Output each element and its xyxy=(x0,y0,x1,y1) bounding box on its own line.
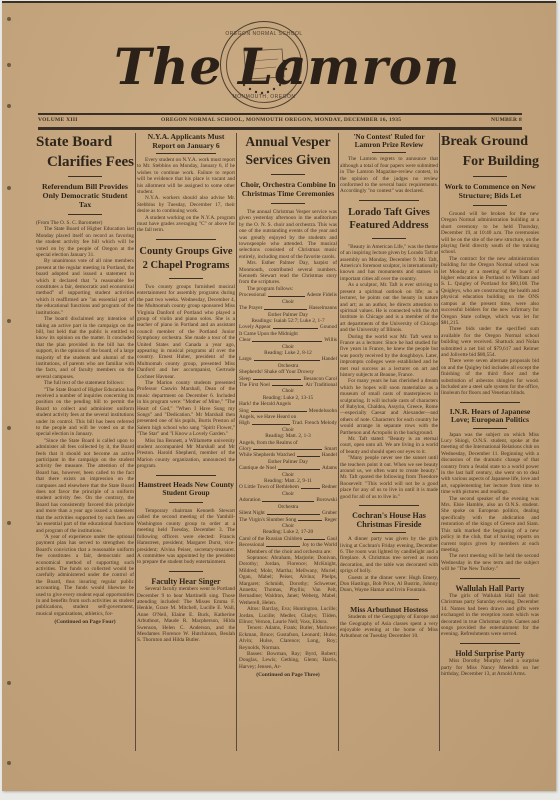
paragraph: Several faculty members went to Portland… xyxy=(137,586,235,644)
headline: Clarifies Fees xyxy=(36,153,134,171)
article-faculty-singer: Faculty Hear Singer Several faculty memb… xyxy=(137,577,235,644)
binding-hole xyxy=(7,761,11,765)
article-body: Japan was the subject on which Miss Lucy… xyxy=(441,432,539,573)
article-body: Temporary chairman Kenneth Stewart calle… xyxy=(137,508,235,566)
divider xyxy=(473,428,507,429)
paragraph: "Beauty in American Life," was the theme… xyxy=(340,244,438,282)
divider xyxy=(473,176,507,177)
divider xyxy=(156,153,216,154)
article-vesper: Annual Vesper Services Given Choir, Orch… xyxy=(239,133,337,678)
paragraph: Basses: Bowman, Ray; Byrd, Robert; Dougl… xyxy=(239,651,337,670)
paragraph: A student working on the N.Y.A. program … xyxy=(137,215,235,234)
divider xyxy=(156,239,216,240)
newspaper-page: OREGON NORMAL SCHOOL MONMOUTH, OREGON Th… xyxy=(2,1,556,791)
paragraph: The State Board of Higher Education last… xyxy=(36,226,134,258)
divider xyxy=(359,599,419,600)
column-rule xyxy=(135,133,136,751)
article-surprise-party: Hold Surprise Party Miss Dorothy Murphy … xyxy=(441,649,539,678)
paragraph: There were seven alternate proposals bid… xyxy=(441,358,539,396)
article-break-ground: Break Ground For Building Work to Commen… xyxy=(441,133,539,397)
paragraph: The annual Christmas Vesper service was … xyxy=(239,209,337,260)
paragraph: "The State Board of Higher Education has… xyxy=(36,387,134,438)
subheadline: Referendum Bill Provides Only Democratic… xyxy=(36,182,134,209)
headline: Cochran's House Has Christmas Fireside xyxy=(340,511,438,529)
article-body: Miss Dorothy Murphy held a surprise part… xyxy=(441,658,539,677)
paragraph: Ground will be broken for the new Oregon… xyxy=(441,211,539,256)
column-rule xyxy=(338,133,339,751)
continued-link[interactable]: (Continued on Page Four) xyxy=(36,619,134,625)
article-body: Students of the Geography of Europe and … xyxy=(340,614,438,640)
headline: County Groups Give 2 Chapel Programs xyxy=(137,245,235,273)
article-wallulah: Wallulah Hall Party The girls of Wallula… xyxy=(441,584,539,638)
program-item: While Shepherds WatchedHandel xyxy=(239,452,337,458)
paragraph: Miss Dorothy Murphy held a surprise part… xyxy=(441,658,539,677)
divider xyxy=(460,578,520,579)
volume-label: VOLUME XIII xyxy=(38,117,78,123)
headline: I.N.R. Hears of Japanese Love; European … xyxy=(441,408,539,425)
divider xyxy=(359,200,419,201)
members-list: Sopranos: Abraham, Marjorie; Donivan, Do… xyxy=(239,555,337,670)
headline: Hold Surprise Party xyxy=(441,649,539,659)
article-body: Several faculty members went to Portland… xyxy=(137,586,235,644)
dateline-text: OREGON NORMAL SCHOOL, MONMOUTH OREGON, M… xyxy=(161,117,401,123)
divider xyxy=(460,402,520,403)
divider xyxy=(359,505,419,506)
paragraph: The full text of the statement follows: xyxy=(36,380,134,386)
paragraph: The Marion county students presented Pro… xyxy=(137,380,235,438)
column-3: Annual Vesper Services Given Choir, Orch… xyxy=(239,133,337,783)
article-body: Ground will be broken for the new Oregon… xyxy=(441,211,539,397)
masthead-title-the: The xyxy=(114,37,222,96)
article-nya: N.Y.A. Applicants Must Report on January… xyxy=(137,133,235,234)
paragraph: Altos: Barclay, Eva; Huntington, Lucille… xyxy=(239,606,337,625)
binding-hole xyxy=(7,426,11,430)
divider xyxy=(68,176,102,177)
headline: State Board xyxy=(36,133,134,151)
article-body: "Beauty in American Life," was the theme… xyxy=(340,244,438,500)
divider xyxy=(68,214,102,215)
article-body: The Lamron regrets to announce that alth… xyxy=(340,156,438,194)
masthead: OREGON NORMAL SCHOOL MONMOUTH, OREGON Th… xyxy=(2,11,556,103)
column-2: N.Y.A. Applicants Must Report on January… xyxy=(137,133,235,783)
article-state-board: State Board Clarifies Fees Referendum Bi… xyxy=(36,133,134,625)
dateline-top-rule xyxy=(38,113,522,115)
article-body: The annual Christmas Vesper service was … xyxy=(239,209,337,292)
paragraph: "Since the State Board is called upon to… xyxy=(36,438,134,534)
divider xyxy=(372,152,406,153)
divider xyxy=(473,205,507,206)
dateline-bottom-rule xyxy=(38,127,522,130)
article-cochran: Cochran's House Has Christmas Fireside A… xyxy=(340,511,438,594)
article-hamstreet: Hamstreet Heads New County Student Group… xyxy=(137,481,235,566)
continued-link[interactable]: (Continued on Page Three) xyxy=(239,672,337,678)
headline: Hamstreet Heads New County Student Group xyxy=(137,481,235,497)
headline: 'No Contest' Ruled for Lamron Prize Revi… xyxy=(340,133,438,149)
column-1: State Board Clarifies Fees Referendum Bi… xyxy=(36,133,134,783)
dateline: VOLUME XIII OREGON NORMAL SCHOOL, MONMOU… xyxy=(38,116,522,126)
issue-number: NUMBER 8 xyxy=(491,117,522,123)
paragraph: Mr. Taft stated: "Beauty is an eternal c… xyxy=(340,436,438,455)
headline: Lorado Taft Gives Featured Address xyxy=(340,206,438,233)
headline: Annual Vesper Services Given xyxy=(239,133,337,169)
masthead-title-name: Lamron xyxy=(238,37,461,96)
column-5: Break Ground For Building Work to Commen… xyxy=(441,133,539,783)
headline: Miss Arbuthnot Hostess xyxy=(340,605,438,615)
members-intro: Members of the choir and orchestra are: xyxy=(239,549,337,555)
paragraph: The contract for the new administration … xyxy=(441,256,539,326)
article-body: Two county groups furnished musical ente… xyxy=(137,284,235,470)
paragraph: Miss Ina Bennett, a Willamette universit… xyxy=(137,438,235,470)
paragraph: 'A year of experience under the optional… xyxy=(36,534,134,617)
paragraph: Sopranos: Abraham, Marjorie; Donivan, Do… xyxy=(239,555,337,606)
divider xyxy=(169,278,203,279)
paragraph: Every student on N.Y.A. work must report… xyxy=(137,157,235,195)
article-body: A dinner party was given by the girls li… xyxy=(340,536,438,594)
paragraph: Students of the Geography of Europe and … xyxy=(340,614,438,640)
binding-hole xyxy=(7,104,11,108)
article-body: The girls of Wallulah Hall had their Chr… xyxy=(441,593,539,638)
paragraph: The second speaker of the evening was Mr… xyxy=(441,496,539,554)
binding-hole xyxy=(7,319,11,323)
divider xyxy=(372,532,406,533)
binding-hole xyxy=(7,186,11,190)
article-county-groups: County Groups Give 2 Chapel Programs Two… xyxy=(137,245,235,470)
paragraph: By unanimous vote of all nine members pr… xyxy=(36,258,134,316)
subheadline: Choir, Orchestra Combine In Christmas Ti… xyxy=(239,180,337,198)
headline: Wallulah Hall Party xyxy=(441,584,539,594)
page-top-edge xyxy=(2,1,556,3)
paragraph: The Lamron regrets to announce that alth… xyxy=(340,156,438,194)
divider xyxy=(156,475,216,476)
divider xyxy=(271,203,305,204)
paragraph: Three bids under the specified sum avail… xyxy=(441,326,539,358)
divider xyxy=(460,643,520,644)
paragraph: Temporary chairman Kenneth Stewart calle… xyxy=(137,508,235,566)
paragraph: "Many people never see the sunset until … xyxy=(340,455,438,500)
article-inr: I.N.R. Hears of Japanese Love; European … xyxy=(441,408,539,573)
binding-hole xyxy=(7,681,11,685)
paragraph: For many years he has cherished a dream … xyxy=(340,378,438,436)
column-rule xyxy=(236,133,237,751)
binding-hole xyxy=(7,521,11,525)
paragraph: The girls of Wallulah Hall had their Chr… xyxy=(441,593,539,638)
divider xyxy=(372,238,406,239)
paragraph: The board disclaimed any intention of ta… xyxy=(36,316,134,380)
divider xyxy=(169,571,203,572)
headline: N.Y.A. Applicants Must Report on January… xyxy=(137,133,235,150)
article-no-contest: 'No Contest' Ruled for Lamron Prize Revi… xyxy=(340,133,438,195)
article-body: The State Board of Higher Education last… xyxy=(36,226,134,617)
paragraph: Japan was the subject on which Miss Lucy… xyxy=(441,432,539,496)
headline: Break Ground xyxy=(441,133,539,151)
paragraph: A dinner party was given by the girls li… xyxy=(340,536,438,574)
headline: For Building xyxy=(441,153,539,171)
paragraph: N.Y.A. workers should also advise Mr. St… xyxy=(137,195,235,214)
paragraph: Two county groups furnished musical ente… xyxy=(137,284,235,380)
article-arbuthnot: Miss Arbuthnot Hostess Students of the G… xyxy=(340,605,438,640)
divider xyxy=(271,174,305,175)
article-body: Every student on N.Y.A. work must report… xyxy=(137,157,235,234)
paragraph: During the world war Mr. Taft went to Fr… xyxy=(340,334,438,379)
program-item: O Little Town of BethlehemRedner xyxy=(239,484,337,490)
divider xyxy=(169,502,203,503)
subheadline: Work to Commence on New Structure; Bids … xyxy=(441,182,539,200)
program-list: ProcessionalAdeste FidelisChoirThe Praye… xyxy=(239,292,337,548)
headline: Faculty Hear Singer xyxy=(137,577,235,587)
paragraph: Mrs. Esther Palmer Day, harpist of Monmo… xyxy=(239,260,337,286)
paragraph: Tenors: Adams, Frank; Butler, Marlowe; E… xyxy=(239,625,337,651)
column-rule xyxy=(439,133,440,751)
paragraph: Guests at the dinner were: Hugh Emery, D… xyxy=(340,575,438,594)
paragraph: The next meeting will be held the second… xyxy=(441,553,539,572)
article-lorado-taft: Lorado Taft Gives Featured Address "Beau… xyxy=(340,206,438,500)
column-4: 'No Contest' Ruled for Lamron Prize Revi… xyxy=(340,133,438,783)
paragraph: As a sculptor, Mr. Taft is ever striving… xyxy=(340,282,438,333)
